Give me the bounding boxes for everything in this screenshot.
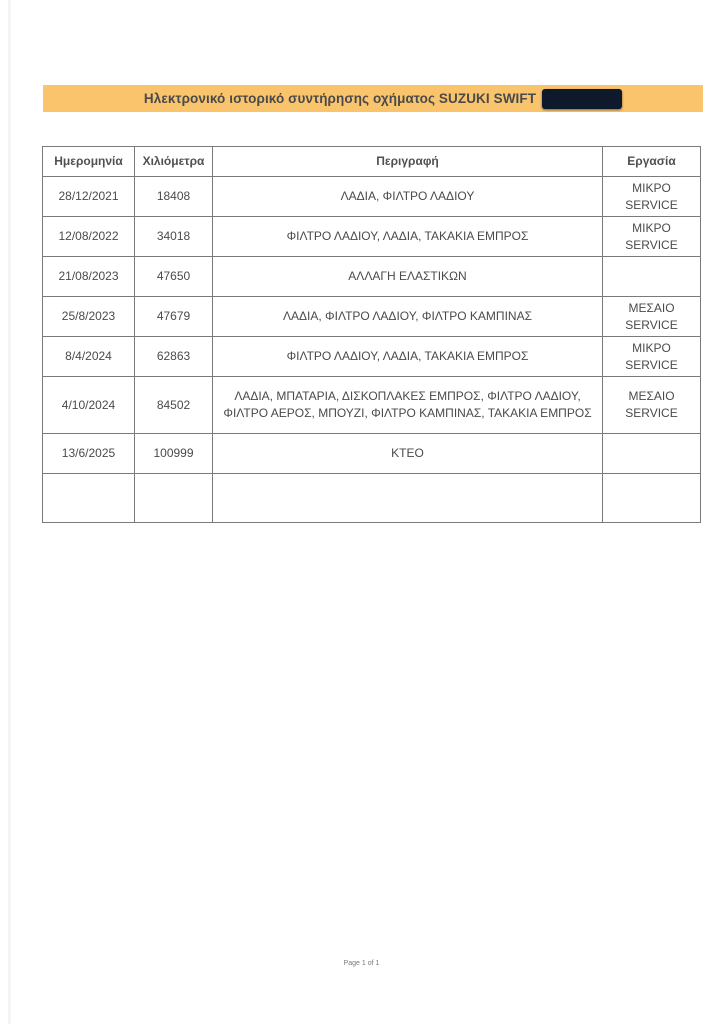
cell-date: 8/4/2024 (43, 337, 135, 377)
cell-work-line: ΜΕΣΑΙΟ (607, 388, 696, 405)
cell-work-line: SERVICE (607, 317, 696, 334)
cell-description (213, 474, 603, 523)
redacted-plate-box (542, 89, 622, 109)
table-row-empty (43, 474, 701, 523)
cell-date: 21/08/2023 (43, 257, 135, 297)
cell-km: 18408 (135, 177, 213, 217)
cell-description: ΑΛΛΑΓΗ ΕΛΑΣΤΙΚΩΝ (213, 257, 603, 297)
cell-work (603, 257, 701, 297)
cell-description: ΦΙΛΤΡΟ ΛΑΔΙΟΥ, ΛΑΔΙΑ, ΤΑΚΑΚΙΑ ΕΜΠΡΟΣ (213, 337, 603, 377)
maintenance-history-table: Ημερομηνία Χιλιόμετρα Περιγραφή Εργασία … (42, 146, 701, 523)
cell-km: 62863 (135, 337, 213, 377)
cell-work: ΜΕΣΑΙΟ SERVICE (603, 377, 701, 434)
cell-description-line: ΛΑΔΙΑ, ΜΠΑΤΑΡΙΑ, ΔΙΣΚΟΠΛΑΚΕΣ ΕΜΠΡΟΣ, ΦΙΛ… (217, 388, 598, 405)
cell-work: ΜΙΚΡΟ SERVICE (603, 177, 701, 217)
cell-work: ΜΕΣΑΙΟ SERVICE (603, 297, 701, 337)
table-row: 21/08/2023 47650 ΑΛΛΑΓΗ ΕΛΑΣΤΙΚΩΝ (43, 257, 701, 297)
cell-date: 25/8/2023 (43, 297, 135, 337)
table-header-row: Ημερομηνία Χιλιόμετρα Περιγραφή Εργασία (43, 147, 701, 177)
cell-date: 28/12/2021 (43, 177, 135, 217)
cell-work-line: SERVICE (607, 405, 696, 422)
table-row: 8/4/2024 62863 ΦΙΛΤΡΟ ΛΑΔΙΟΥ, ΛΑΔΙΑ, ΤΑΚ… (43, 337, 701, 377)
cell-work: ΜΙΚΡΟ SERVICE (603, 217, 701, 257)
header-description: Περιγραφή (213, 147, 603, 177)
cell-km (135, 474, 213, 523)
cell-description: ΛΑΔΙΑ, ΦΙΛΤΡΟ ΛΑΔΙΟΥ (213, 177, 603, 217)
cell-description-line: ΦΙΛΤΡΟ ΑΕΡΟΣ, ΜΠΟΥΖΙ, ΦΙΛΤΡΟ ΚΑΜΠΙΝΑΣ, Τ… (217, 405, 598, 422)
cell-work-line: ΜΕΣΑΙΟ (607, 300, 696, 317)
cell-work: ΜΙΚΡΟ SERVICE (603, 337, 701, 377)
cell-km: 100999 (135, 434, 213, 474)
cell-work (603, 434, 701, 474)
cell-description: ΛΑΔΙΑ, ΜΠΑΤΑΡΙΑ, ΔΙΣΚΟΠΛΑΚΕΣ ΕΜΠΡΟΣ, ΦΙΛ… (213, 377, 603, 434)
cell-km: 47679 (135, 297, 213, 337)
cell-date: 12/08/2022 (43, 217, 135, 257)
header-km: Χιλιόμετρα (135, 147, 213, 177)
cell-km: 34018 (135, 217, 213, 257)
cell-km: 84502 (135, 377, 213, 434)
cell-date (43, 474, 135, 523)
table-row: 12/08/2022 34018 ΦΙΛΤΡΟ ΛΑΔΙΟΥ, ΛΑΔΙΑ, Τ… (43, 217, 701, 257)
table-row: 28/12/2021 18408 ΛΑΔΙΑ, ΦΙΛΤΡΟ ΛΑΔΙΟΥ ΜΙ… (43, 177, 701, 217)
cell-description: ΦΙΛΤΡΟ ΛΑΔΙΟΥ, ΛΑΔΙΑ, ΤΑΚΑΚΙΑ ΕΜΠΡΟΣ (213, 217, 603, 257)
title-band: Ηλεκτρονικό ιστορικό συντήρησης οχήματος… (43, 85, 703, 112)
table-row: 4/10/2024 84502 ΛΑΔΙΑ, ΜΠΑΤΑΡΙΑ, ΔΙΣΚΟΠΛ… (43, 377, 701, 434)
table-row: 25/8/2023 47679 ΛΑΔΙΑ, ΦΙΛΤΡΟ ΛΑΔΙΟΥ, ΦΙ… (43, 297, 701, 337)
cell-km: 47650 (135, 257, 213, 297)
scan-edge-artifact (8, 0, 11, 1024)
page-number: Page 1 of 1 (0, 960, 723, 967)
header-date: Ημερομηνία (43, 147, 135, 177)
document-title: Ηλεκτρονικό ιστορικό συντήρησης οχήματος… (144, 91, 536, 106)
table-row: 13/6/2025 100999 ΚΤΕΟ (43, 434, 701, 474)
cell-work (603, 474, 701, 523)
cell-date: 13/6/2025 (43, 434, 135, 474)
cell-description: ΚΤΕΟ (213, 434, 603, 474)
cell-date: 4/10/2024 (43, 377, 135, 434)
cell-description: ΛΑΔΙΑ, ΦΙΛΤΡΟ ΛΑΔΙΟΥ, ΦΙΛΤΡΟ ΚΑΜΠΙΝΑΣ (213, 297, 603, 337)
header-work: Εργασία (603, 147, 701, 177)
